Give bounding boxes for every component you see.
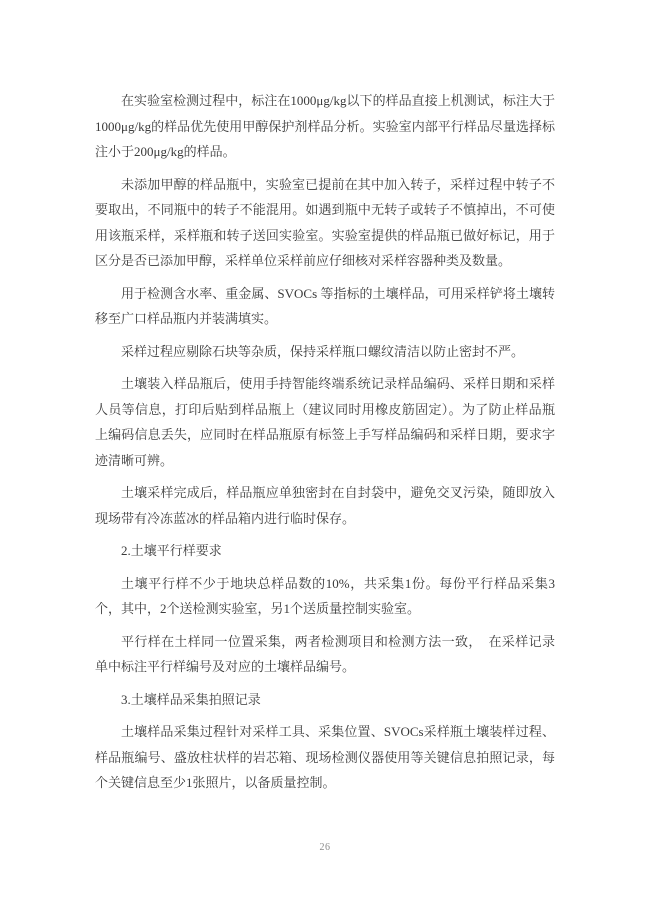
paragraph-no-methanol-bottles: 未添加甲醇的样品瓶中，实验室已提前在其中加入转子，采样过程中转子不要取出，不同瓶… bbox=[95, 172, 555, 274]
paragraph-parallel-sample-ratio: 土壤平行样不少于地块总样品数的10%，共采集1份。每份平行样品采集3个，其中，2… bbox=[95, 571, 555, 622]
paragraph-parallel-sample-location: 平行样在土样同一位置采集，两者检测项目和检测方法一致， 在采样记录单中标注平行样… bbox=[95, 629, 555, 680]
section-heading-parallel-samples: 2.土壤平行样要求 bbox=[95, 538, 555, 564]
page-number: 26 bbox=[0, 842, 650, 853]
paragraph-lab-testing-thresholds: 在实验室检测过程中，标注在1000μg/kg以下的样品直接上机测试，标注大于10… bbox=[95, 88, 555, 165]
document-content: 在实验室检测过程中，标注在1000μg/kg以下的样品直接上机测试，标注大于10… bbox=[95, 88, 555, 803]
paragraph-wide-mouth-bottles: 用于检测含水率、重金属、SVOCs 等指标的土壤样品，可用采样铲将土壤转移至广口… bbox=[95, 281, 555, 332]
section-heading-photo-records: 3.土壤样品采集拍照记录 bbox=[95, 687, 555, 713]
paragraph-remove-stones: 采样过程应剔除石块等杂质，保持采样瓶口螺纹清洁以防止密封不严。 bbox=[95, 339, 555, 365]
paragraph-labeling-sample-bottles: 土壤装入样品瓶后，使用手持智能终端系统记录样品编码、采样日期和采样人员等信息，打… bbox=[95, 371, 555, 473]
document-page: 在实验室检测过程中，标注在1000μg/kg以下的样品直接上机测试，标注大于10… bbox=[0, 0, 650, 919]
paragraph-photo-record-details: 土壤样品采集过程针对采样工具、采集位置、SVOCs采样瓶土壤装样过程、样品瓶编号… bbox=[95, 719, 555, 796]
paragraph-sealing-and-storage: 土壤采样完成后，样品瓶应单独密封在自封袋中，避免交叉污染，随即放入现场带有冷冻蓝… bbox=[95, 480, 555, 531]
